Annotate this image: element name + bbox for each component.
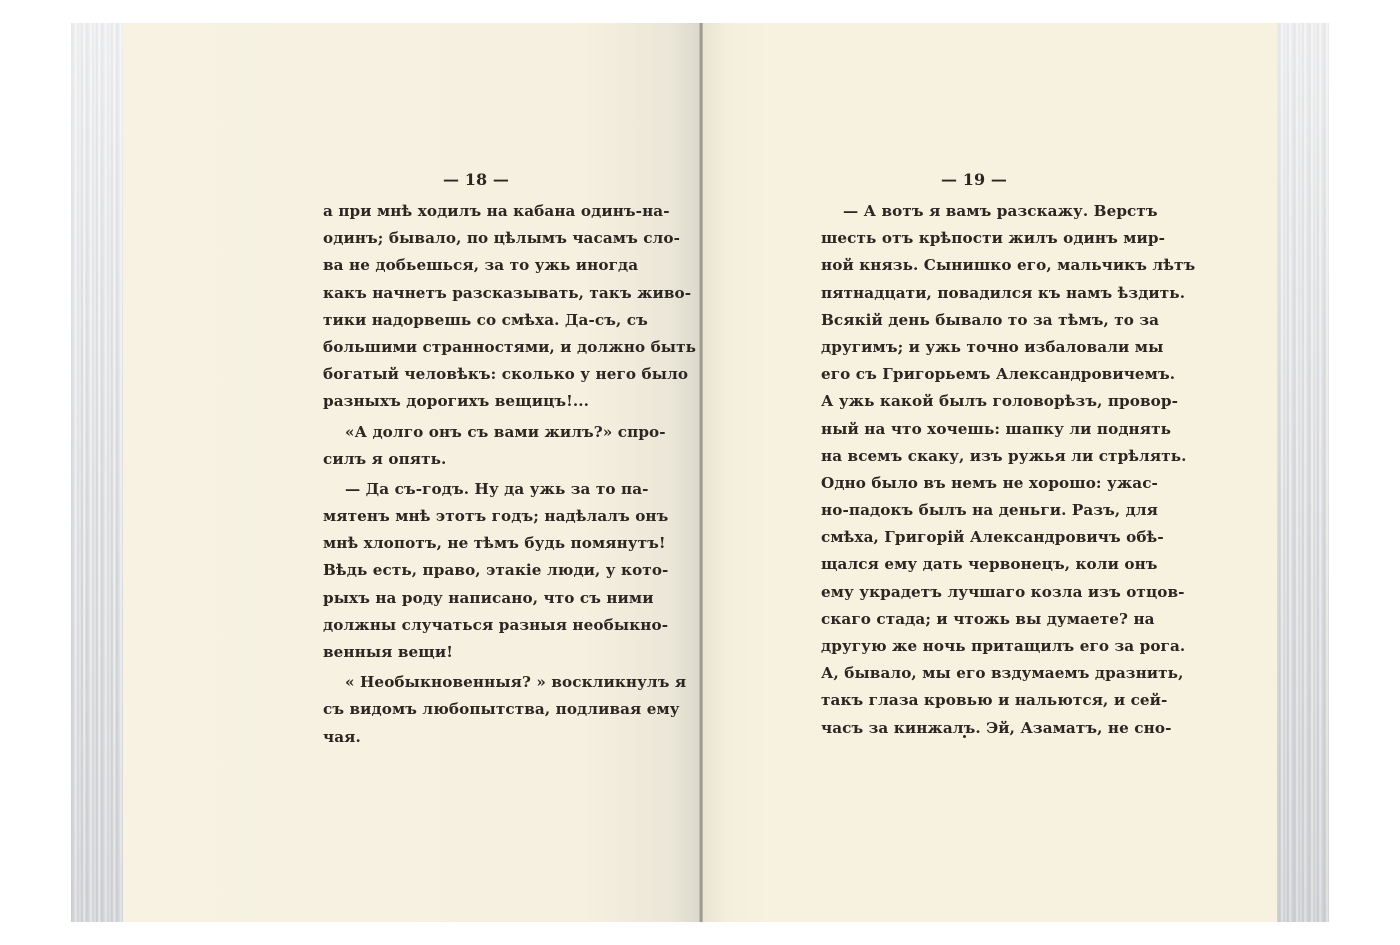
paragraph: а при мнѣ ходилъ на кабана одинъ-на-один… [323, 198, 629, 416]
right-page-body: — А вотъ я вамъ разскажу. Верстъшесть от… [821, 198, 1127, 742]
page-number-left: — 18 — [323, 165, 629, 195]
text-line: ва не добьешься, за то ужь иногда [323, 252, 629, 279]
page-number-right: — 19 — [821, 165, 1127, 195]
paragraph: — Да съ-годъ. Ну да ужь за то па-мятенъ … [323, 476, 629, 666]
text-line: ный на что хочешь: шапку ли поднять [821, 416, 1127, 443]
left-page-text: — 18 — а при мнѣ ходилъ на кабана одинъ-… [323, 165, 629, 751]
paragraph: « Необыкновенныя? » воскликнулъ ясъ видо… [323, 669, 629, 751]
right-page-text: — 19 — — А вотъ я вамъ разскажу. Верстъш… [821, 165, 1127, 742]
paragraph: — А вотъ я вамъ разскажу. Верстъшесть от… [821, 198, 1127, 742]
text-line: пятнадцати, повадился къ намъ ѣздить. [821, 280, 1127, 307]
text-line: большими странностями, и должно быть [323, 334, 629, 361]
text-line: скаго стада; и чтожь вы думаете? на [821, 606, 1127, 633]
right-page-edges [1277, 23, 1329, 922]
text-line: богатый человѣкъ: сколько у него было [323, 361, 629, 388]
text-line: «А долго онъ съ вами жилъ?» спро- [323, 419, 629, 446]
text-line: Вѣдь есть, право, этакіе люди, у кото- [323, 557, 629, 584]
text-line: одинъ; бывало, по цѣлымъ часамъ сло- [323, 225, 629, 252]
text-line: такъ глаза кровью и нальются, и сей- [821, 687, 1127, 714]
text-line: ему украдетъ лучшаго козла изъ отцов- [821, 579, 1127, 606]
open-book-spread: — 18 — а при мнѣ ходилъ на кабана одинъ-… [71, 23, 1329, 922]
text-line: съ видомъ любопытства, подливая ему [323, 696, 629, 723]
text-line: на всемъ скаку, изъ ружья ли стрѣлять. [821, 443, 1127, 470]
text-line: тики надорвешь со смѣха. Да-съ, съ [323, 307, 629, 334]
text-line: мнѣ хлопотъ, не тѣмъ будь помянутъ! [323, 530, 629, 557]
left-page: — 18 — а при мнѣ ходилъ на кабана одинъ-… [123, 23, 699, 922]
text-line: ной князь. Сынишко его, мальчикъ лѣтъ [821, 252, 1127, 279]
text-line: « Необыкновенныя? » воскликнулъ я [323, 669, 629, 696]
text-line: мятенъ мнѣ этотъ годъ; надѣлалъ онъ [323, 503, 629, 530]
catchword-dot [963, 735, 966, 738]
text-line: смѣха, Григорій Александровичъ обѣ- [821, 524, 1127, 551]
text-line: другимъ; и ужь точно избаловали мы [821, 334, 1127, 361]
text-line: его съ Григорьемъ Александровичемъ. [821, 361, 1127, 388]
paragraph: «А долго онъ съ вами жилъ?» спро-силъ я … [323, 419, 629, 473]
right-page: — 19 — — А вотъ я вамъ разскажу. Верстъш… [703, 23, 1277, 922]
left-page-body: а при мнѣ ходилъ на кабана одинъ-на-один… [323, 198, 629, 751]
text-line: чая. [323, 724, 629, 751]
text-line: А ужь какой былъ головорѣзъ, провор- [821, 388, 1127, 415]
text-line: разныхъ дорогихъ вещицъ!... [323, 388, 629, 415]
text-line: часъ за кинжалъ. Эй, Азаматъ, не сно- [821, 715, 1127, 742]
text-line: рыхъ на роду написано, что съ ними [323, 585, 629, 612]
text-line: какъ начнетъ разсказывать, такъ живо- [323, 280, 629, 307]
left-page-edges [71, 23, 123, 922]
text-line: а при мнѣ ходилъ на кабана одинъ-на- [323, 198, 629, 225]
text-line: шесть отъ крѣпости жилъ одинъ мир- [821, 225, 1127, 252]
text-line: щался ему дать червонецъ, коли онъ [821, 551, 1127, 578]
text-line: другую же ночь притащилъ его за рога. [821, 633, 1127, 660]
text-line: А, бывало, мы его вздумаемъ дразнить, [821, 660, 1127, 687]
text-line: силъ я опять. [323, 446, 629, 473]
text-line: Одно было въ немъ не хорошо: ужас- [821, 470, 1127, 497]
text-line: должны случаться разныя необыкно- [323, 612, 629, 639]
text-line: — Да съ-годъ. Ну да ужь за то па- [323, 476, 629, 503]
text-line: венныя вещи! [323, 639, 629, 666]
text-line: Всякій день бывало то за тѣмъ, то за [821, 307, 1127, 334]
text-line: но-падокъ былъ на деньги. Разъ, для [821, 497, 1127, 524]
text-line: — А вотъ я вамъ разскажу. Верстъ [821, 198, 1127, 225]
